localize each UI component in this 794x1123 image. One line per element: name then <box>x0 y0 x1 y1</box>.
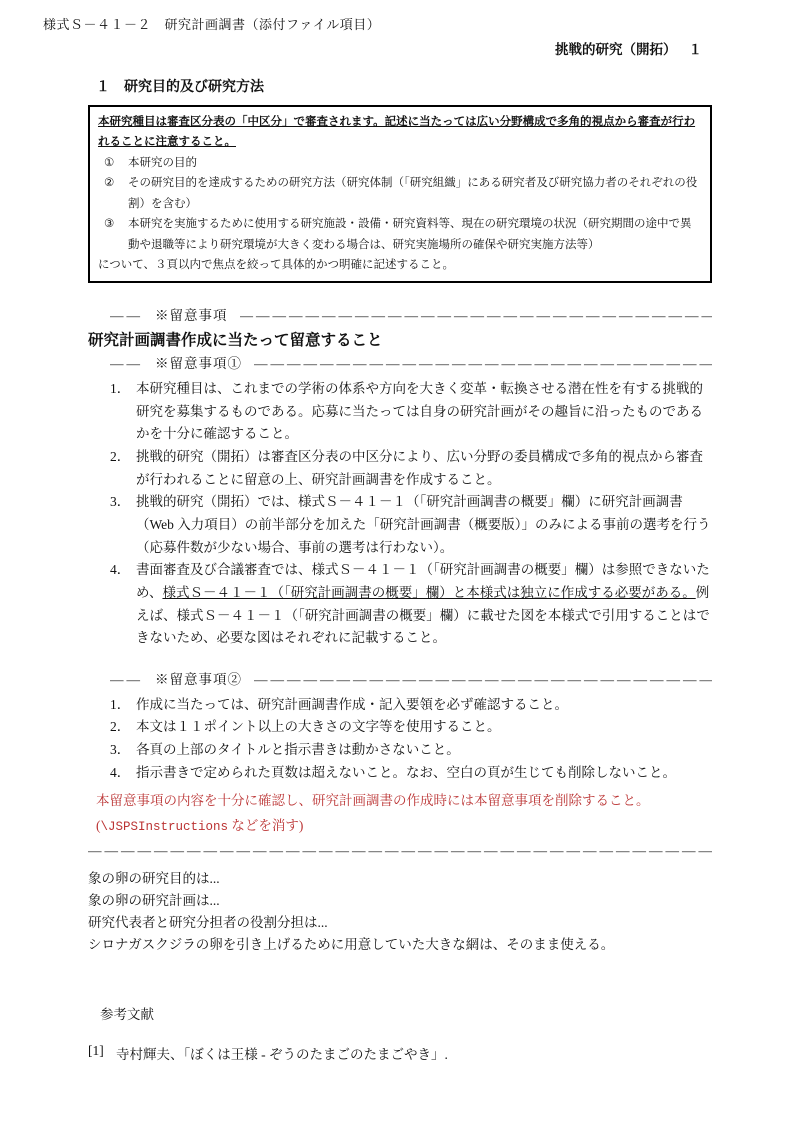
dash-right: ――――――――――――――――――――――――――――――――――――――――… <box>240 305 713 327</box>
reference-item-1: [1] 寺村輝夫、「ぼくは王様 - ぞうのたまごのたまごやき」. <box>88 1043 712 1063</box>
item-number: 4． <box>110 762 136 785</box>
dash-right: ――――――――――――――――――――――――――――――――――――――――… <box>254 353 712 375</box>
deletion-warning-line2: (\JSPSInstructions などを消す) <box>96 814 712 839</box>
item-number: 4． <box>110 559 136 650</box>
section-divider: ――――――――――――――――――――――――――――――――――――――――… <box>88 840 712 862</box>
note1-item-3: 3． 挑戦的研究（開拓）では、様式Ｓ－４１－１（「研究計画調書の概要」欄）に研究… <box>110 491 712 559</box>
dash-left: ―― <box>110 669 143 691</box>
dash-full: ――――――――――――――――――――――――――――――――――――――――… <box>88 840 712 862</box>
page-header-right: 挑戦的研究（開拓）１ <box>555 38 702 58</box>
note1-item-1-text: 本研究種目は、これまでの学術の体系や方向を大きく変革・転換させる潜在性を有する挑… <box>136 378 712 446</box>
note2-item-2-text: 本文は１１ポイント以上の大きさの文字等を使用すること。 <box>136 716 712 739</box>
note1-item-4: 4． 書面審査及び合議審査では、様式Ｓ－４１－１（「研究計画調書の概要」欄）は参… <box>110 559 712 650</box>
dash-left: ―― <box>110 305 143 327</box>
item-number: 2． <box>110 446 136 491</box>
body-text: 象の卵の研究目的は... 象の卵の研究計画は... 研究代表者と研究分担者の役割… <box>88 868 712 957</box>
item-number: 2． <box>110 716 136 739</box>
reference-text: 寺村輝夫、「ぼくは王様 - ぞうのたまごのたまごやき」. <box>116 1043 448 1063</box>
instruction-item-1-text: 本研究の目的 <box>128 153 700 173</box>
reference-label: [1] <box>88 1043 116 1063</box>
note1-item-3-text: 挑戦的研究（開拓）では、様式Ｓ－４１－１（「研究計画調書の概要」欄）に研究計画調… <box>136 491 712 559</box>
item-number: 1． <box>110 378 136 446</box>
body-line-purpose: 象の卵の研究目的は... <box>88 868 712 890</box>
research-category-label: 挑戦的研究（開拓） <box>555 42 677 57</box>
deletion-warning: 本留意事項の内容を十分に確認し、研究計画調書の作成時には本留意事項を削除すること… <box>96 789 712 838</box>
note2-item-2: 2． 本文は１１ポイント以上の大きさの文字等を使用すること。 <box>110 716 712 739</box>
notes-divider-one: ―― ※留意事項① ――――――――――――――――――――――――――――――… <box>110 353 712 375</box>
body-line-plan: 象の卵の研究計画は... <box>88 890 712 912</box>
notes-section2-list: 1． 作成に当たっては、研究計画調書作成・記入要領を必ず確認すること。 2． 本… <box>110 694 712 785</box>
page-content: １研究目的及び研究方法 本研究種目は審査区分表の「中区分」で審査されます。記述に… <box>88 76 712 1063</box>
paren-close: などを消す) <box>228 818 303 833</box>
dash-right: ――――――――――――――――――――――――――――――――――――――――… <box>254 669 712 691</box>
instruction-closing: について、３頁以内で焦点を絞って具体的かつ明確に記述すること。 <box>98 255 700 275</box>
item-number: 3． <box>110 739 136 762</box>
instruction-item-3: ③ 本研究を実施するために使用する研究施設・設備・研究資料等、現在の研究環境の状… <box>104 214 700 255</box>
references-heading: 参考文献 <box>100 1003 712 1023</box>
spacer <box>88 283 712 305</box>
latex-command-text: \JSPSInstructions <box>101 820 229 834</box>
dash-left: ―― <box>110 353 143 375</box>
instruction-lead: 本研究種目は審査区分表の「中区分」で審査されます。記述に当たっては広い分野構成で… <box>98 112 700 153</box>
note2-item-4: 4． 指示書きで定められた頁数は超えないこと。なお、空白の頁が生じても削除しない… <box>110 762 712 785</box>
note2-item-1: 1． 作成に当たっては、研究計画調書作成・記入要領を必ず確認すること。 <box>110 694 712 717</box>
notes-label: ※留意事項 <box>155 305 228 327</box>
note1-item-2: 2． 挑戦的研究（開拓）は審査区分表の中区分により、広い分野の委員構成で多角的視… <box>110 446 712 491</box>
notes-heading: 研究計画調書作成に当たって留意すること <box>88 328 712 350</box>
spacer <box>88 650 712 669</box>
notes-section1-list: 1． 本研究種目は、これまでの学術の体系や方向を大きく変革・転換させる潜在性を有… <box>110 378 712 650</box>
note2-item-3: 3． 各頁の上部のタイトルと指示書きは動かさないこと。 <box>110 739 712 762</box>
section-number: １ <box>96 78 110 94</box>
item-number: 1． <box>110 694 136 717</box>
form-id-header: 様式Ｓ－４１－２ 研究計画調書（添付ファイル項目） <box>43 14 380 33</box>
notes-divider-two: ―― ※留意事項② ――――――――――――――――――――――――――――――… <box>110 669 712 691</box>
note2-item-4-text: 指示書きで定められた頁数は超えないこと。なお、空白の頁が生じても削除しないこと。 <box>136 762 712 785</box>
circled-number-1: ① <box>104 153 128 173</box>
circled-number-3: ③ <box>104 214 128 255</box>
instruction-item-1: ① 本研究の目的 <box>104 153 700 173</box>
note1-item-4-text: 書面審査及び合議審査では、様式Ｓ－４１－１（「研究計画調書の概要」欄）は参照でき… <box>136 559 712 650</box>
instruction-box: 本研究種目は審査区分表の「中区分」で審査されます。記述に当たっては広い分野構成で… <box>88 105 712 283</box>
body-line-net: シロナガスクジラの卵を引き上げるために用意していた大きな網は、そのまま使える。 <box>88 934 712 956</box>
note1-item-2-text: 挑戦的研究（開拓）は審査区分表の中区分により、広い分野の委員構成で多角的視点から… <box>136 446 712 491</box>
instruction-item-2: ② その研究目的を達成するための研究方法（研究体制（「研究組織」にある研究者及び… <box>104 173 700 214</box>
document-page: 様式Ｓ－４１－２ 研究計画調書（添付ファイル項目） 挑戦的研究（開拓）１ １研究… <box>0 0 794 1123</box>
note2-item-1-text: 作成に当たっては、研究計画調書作成・記入要領を必ず確認すること。 <box>136 694 712 717</box>
instruction-item-2-text: その研究目的を達成するための研究方法（研究体制（「研究組織」にある研究者及び研究… <box>128 173 700 214</box>
section-title: 研究目的及び研究方法 <box>124 78 264 94</box>
notes-label-one: ※留意事項① <box>155 353 242 375</box>
notes-divider-plain: ―― ※留意事項 ―――――――――――――――――――――――――――――――… <box>110 305 712 327</box>
note1-item-4-underlined: 様式Ｓ－４１－１（「研究計画調書の概要」欄）と本様式は独立に作成する必要がある。 <box>162 585 695 600</box>
item-number: 3． <box>110 491 136 559</box>
circled-number-2: ② <box>104 173 128 214</box>
note1-item-1: 1． 本研究種目は、これまでの学術の体系や方向を大きく変革・転換させる潜在性を有… <box>110 378 712 446</box>
instruction-item-3-text: 本研究を実施するために使用する研究施設・設備・研究資料等、現在の研究環境の状況（… <box>128 214 700 255</box>
deletion-warning-line1: 本留意事項の内容を十分に確認し、研究計画調書の作成時には本留意事項を削除すること… <box>96 789 712 813</box>
section-heading: １研究目的及び研究方法 <box>96 76 712 96</box>
body-line-roles: 研究代表者と研究分担者の役割分担は... <box>88 912 712 934</box>
notes-label-two: ※留意事項② <box>155 669 242 691</box>
page-number: １ <box>689 42 703 57</box>
note2-item-3-text: 各頁の上部のタイトルと指示書きは動かさないこと。 <box>136 739 712 762</box>
